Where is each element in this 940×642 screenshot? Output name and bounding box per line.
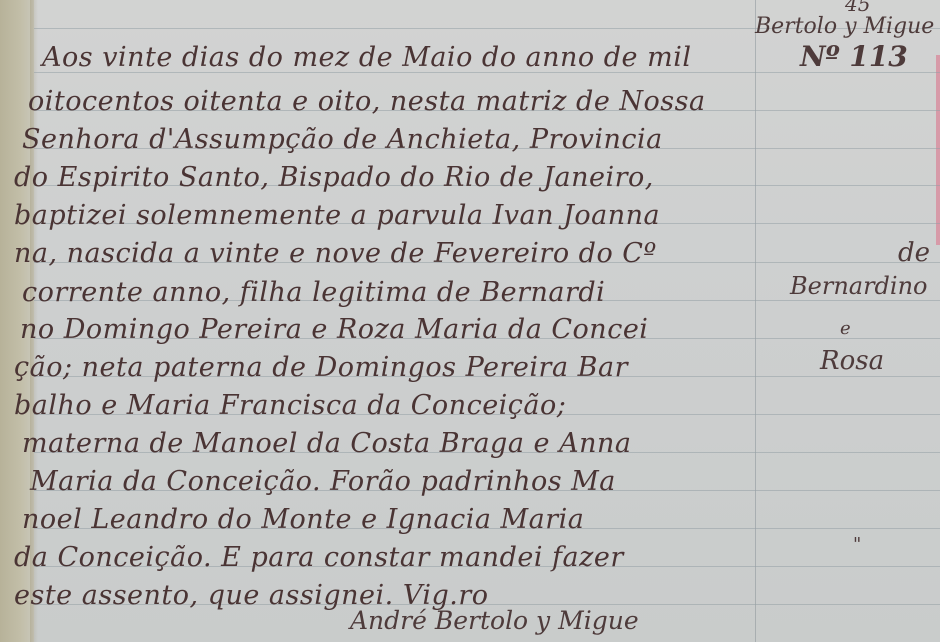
header-name: Bertolo y Migue [755,14,934,39]
body-line: da Conceição. E para constar mandei faze… [14,542,624,573]
record-number: Nº 113 [800,40,908,73]
signature: André Bertolo y Migue [350,606,639,635]
body-line: corrente anno, filha legitima de Bernard… [22,277,605,308]
body-line: balho e Maria Francisca da Conceição; [14,390,566,421]
body-line: na, nascida a vinte e nove de Fevereiro … [14,238,657,269]
body-line: Senhora d'Assumpção de Anchieta, Provinc… [22,124,663,155]
body-line: no Domingo Pereira e Roza Maria da Conce… [20,314,648,345]
margin-note: e [840,318,851,339]
margin-note: de [898,238,930,268]
body-line: oitocentos oitenta e oito, nesta matriz … [28,86,706,117]
body-line: Aos vinte dias do mez de Maio do anno de… [42,42,691,73]
margin-note: Bernardino [790,272,928,300]
margin-note: Rosa [820,346,884,376]
margin-rule [755,0,756,642]
body-line: ção; neta paterna de Domingos Pereira Ba… [14,352,628,383]
body-line: noel Leandro do Monte e Ignacia Maria [22,504,584,535]
body-line: do Espirito Santo, Bispado do Rio de Jan… [14,162,654,193]
margin-note: " [853,534,861,555]
body-line: materna de Manoel da Costa Braga e Anna [22,428,631,459]
ledger-page: 45 Bertolo y Migue Nº 113 Aos vinte dias… [0,0,940,642]
body-line: baptizei solemnemente a parvula Ivan Joa… [14,200,660,231]
body-line: Maria da Conceição. Forão padrinhos Ma [30,466,616,497]
red-edge-mark [936,55,940,245]
